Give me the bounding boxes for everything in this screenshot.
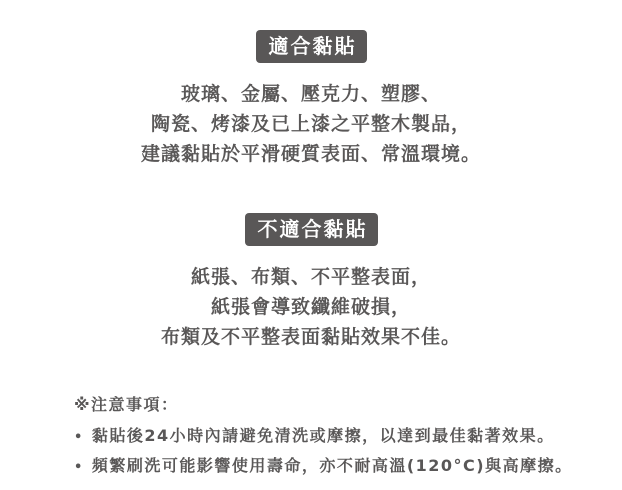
suitable-badge: 適合黏貼 — [256, 30, 367, 63]
suitable-description: 玻璃、金屬、壓克力、塑膠、 陶瓷、烤漆及已上漆之平整木製品， 建議黏貼於平滑硬質… — [0, 79, 622, 169]
notes-section: ※注意事項： • 黏貼後24小時內請避免清洗或摩擦，以達到最佳黏著效果。 • 頻… — [74, 394, 622, 482]
unsuitable-section: 不適合黏貼 紙張、布類、不平整表面， 紙張會導致纖維破損， 布類及不平整表面黏貼… — [0, 213, 622, 352]
suitable-section: 適合黏貼 玻璃、金屬、壓克力、塑膠、 陶瓷、烤漆及已上漆之平整木製品， 建議黏貼… — [0, 0, 622, 169]
suitable-line-2: 陶瓷、烤漆及已上漆之平整木製品， — [0, 109, 622, 139]
suitable-line-1: 玻璃、金屬、壓克力、塑膠、 — [0, 79, 622, 109]
unsuitable-line-2: 紙張會導致纖維破損， — [0, 292, 622, 322]
unsuitable-badge: 不適合黏貼 — [245, 213, 378, 246]
note-item: • 黏貼後24小時內請避免清洗或摩擦，以達到最佳黏著效果。 — [74, 422, 622, 452]
unsuitable-description: 紙張、布類、不平整表面， 紙張會導致纖維破損， 布類及不平整表面黏貼效果不佳。 — [0, 262, 622, 352]
suitable-line-3: 建議黏貼於平滑硬質表面、常溫環境。 — [0, 139, 622, 169]
note-text-2: 頻繁刷洗可能影響使用壽命，亦不耐高溫(120°C)與高摩擦。 — [92, 452, 573, 480]
unsuitable-line-3: 布類及不平整表面黏貼效果不佳。 — [0, 322, 622, 352]
note-item: • 頻繁刷洗可能影響使用壽命，亦不耐高溫(120°C)與高摩擦。 — [74, 452, 622, 482]
bullet-icon: • — [74, 454, 84, 482]
adhesion-instructions-page: 適合黏貼 玻璃、金屬、壓克力、塑膠、 陶瓷、烤漆及已上漆之平整木製品， 建議黏貼… — [0, 0, 622, 490]
note-text-1: 黏貼後24小時內請避免清洗或摩擦，以達到最佳黏著效果。 — [92, 422, 555, 450]
notes-heading: ※注意事項： — [74, 394, 622, 416]
bullet-icon: • — [74, 424, 84, 452]
unsuitable-line-1: 紙張、布類、不平整表面， — [0, 262, 622, 292]
